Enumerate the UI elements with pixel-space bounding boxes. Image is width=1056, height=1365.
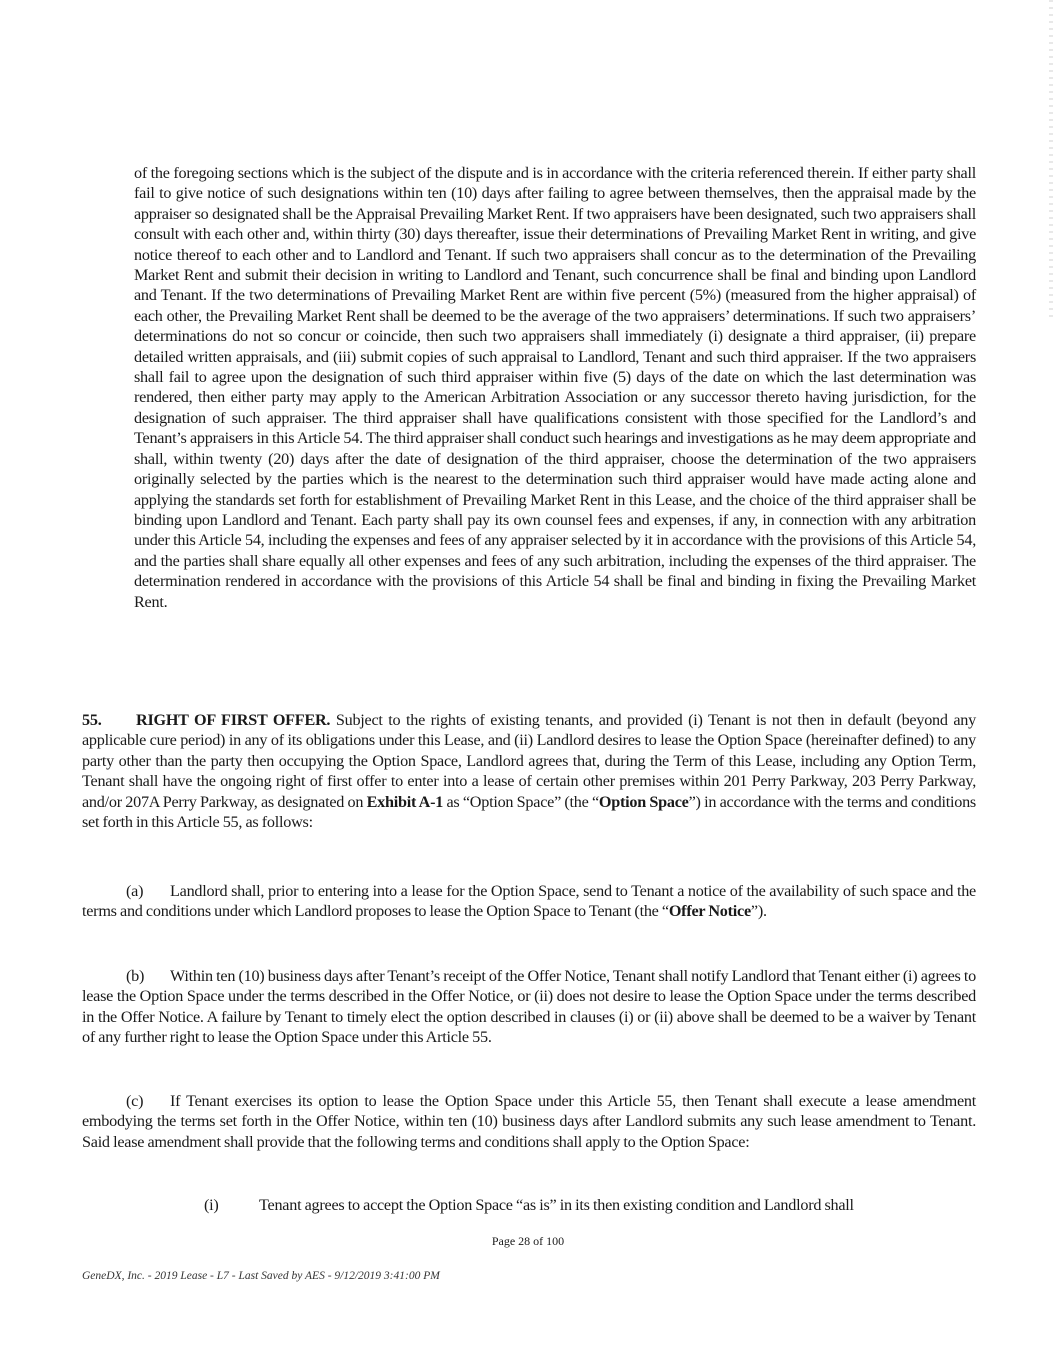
subsection-b-label: (b) [126, 966, 170, 986]
subsection-a-text-2: ”). [751, 902, 767, 920]
subsection-b-text: Within ten (10) business days after Tena… [82, 967, 976, 1046]
document-page: of the foregoing sections which is the s… [0, 0, 1056, 1365]
subsection-c-label: (c) [126, 1091, 170, 1111]
exhibit-reference: Exhibit A-1 [367, 793, 443, 811]
article-55-paragraph: 55.RIGHT OF FIRST OFFER. Subject to the … [82, 710, 976, 832]
defined-term-option-space: Option Space [599, 793, 689, 811]
article-55-text-2: as “Option Space” (the “ [443, 793, 599, 811]
clause-i-text: Tenant agrees to accept the Option Space… [259, 1196, 854, 1214]
subsection-c-text: If Tenant exercises its option to lease … [82, 1092, 976, 1151]
article-55-heading: RIGHT OF FIRST OFFER. [136, 711, 330, 729]
article-55-number: 55. [82, 710, 136, 730]
subsection-a-text-1: Landlord shall, prior to entering into a… [82, 882, 976, 920]
page-number: Page 28 of 100 [0, 1234, 1056, 1249]
clause-i-label: (i) [204, 1195, 259, 1215]
subsection-c: (c)If Tenant exercises its option to lea… [82, 1091, 976, 1152]
subsection-b: (b)Within ten (10) business days after T… [82, 966, 976, 1048]
subsection-a-label: (a) [126, 881, 170, 901]
defined-term-offer-notice: Offer Notice [669, 902, 751, 920]
article-54-continuation-paragraph: of the foregoing sections which is the s… [134, 163, 976, 612]
clause-i: (i)Tenant agrees to accept the Option Sp… [204, 1195, 976, 1215]
document-footer: GeneDX, Inc. - 2019 Lease - L7 - Last Sa… [82, 1270, 440, 1282]
subsection-a: (a)Landlord shall, prior to entering int… [82, 881, 976, 922]
scan-margin-marks [1049, 0, 1053, 320]
